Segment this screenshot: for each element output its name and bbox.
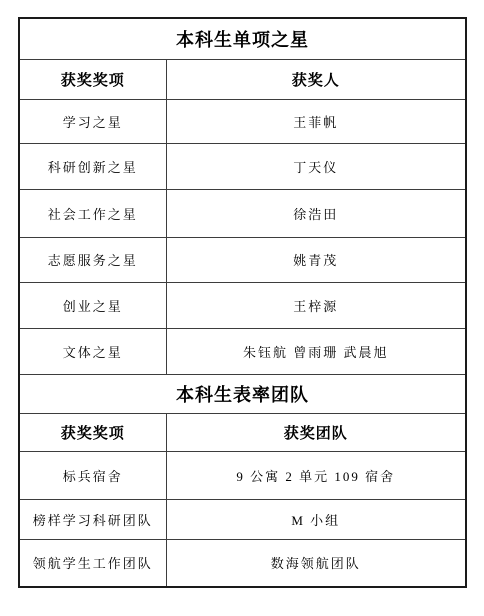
section2-header-row: 获奖奖项 获奖团队	[19, 413, 466, 451]
table-row: 领航学生工作团队 数海领航团队	[19, 539, 466, 587]
table-row: 社会工作之星 徐浩田	[19, 189, 466, 237]
document-page: 本科生单项之星 获奖奖项 获奖人 学习之星 王菲帆 科研创新之星 丁天仪 社会工…	[0, 0, 484, 616]
section1-title: 本科生单项之星	[19, 18, 466, 59]
table-row: 科研创新之星 丁天仪	[19, 143, 466, 189]
winner-cell: 9 公寓 2 单元 109 宿舍	[166, 451, 466, 499]
award-cell: 领航学生工作团队	[19, 539, 166, 587]
award-cell: 榜样学习科研团队	[19, 499, 166, 539]
award-cell: 文体之星	[19, 328, 166, 374]
award-cell: 学习之星	[19, 99, 166, 143]
table-row: 创业之星 王梓源	[19, 282, 466, 328]
award-cell: 标兵宿舍	[19, 451, 166, 499]
award-cell: 科研创新之星	[19, 143, 166, 189]
table-row: 榜样学习科研团队 M 小组	[19, 499, 466, 539]
winner-cell: 王梓源	[166, 282, 466, 328]
section2-col2-header: 获奖团队	[166, 413, 466, 451]
winner-cell: 朱钰航 曾雨珊 武晨旭	[166, 328, 466, 374]
award-cell: 创业之星	[19, 282, 166, 328]
section2-title-row: 本科生表率团队	[19, 374, 466, 413]
award-cell: 社会工作之星	[19, 189, 166, 237]
winner-cell: 徐浩田	[166, 189, 466, 237]
section1-header-row: 获奖奖项 获奖人	[19, 59, 466, 99]
award-table: 本科生单项之星 获奖奖项 获奖人 学习之星 王菲帆 科研创新之星 丁天仪 社会工…	[18, 17, 467, 588]
winner-cell: 数海领航团队	[166, 539, 466, 587]
table-row: 志愿服务之星 姚青茂	[19, 237, 466, 282]
section1-title-row: 本科生单项之星	[19, 18, 466, 59]
section2-col1-header: 获奖奖项	[19, 413, 166, 451]
winner-cell: 丁天仪	[166, 143, 466, 189]
winner-cell: 姚青茂	[166, 237, 466, 282]
section1-col1-header: 获奖奖项	[19, 59, 166, 99]
table-row: 学习之星 王菲帆	[19, 99, 466, 143]
award-cell: 志愿服务之星	[19, 237, 166, 282]
winner-cell: M 小组	[166, 499, 466, 539]
section1-col2-header: 获奖人	[166, 59, 466, 99]
table-row: 标兵宿舍 9 公寓 2 单元 109 宿舍	[19, 451, 466, 499]
section2-title: 本科生表率团队	[19, 374, 466, 413]
table-row: 文体之星 朱钰航 曾雨珊 武晨旭	[19, 328, 466, 374]
winner-cell: 王菲帆	[166, 99, 466, 143]
